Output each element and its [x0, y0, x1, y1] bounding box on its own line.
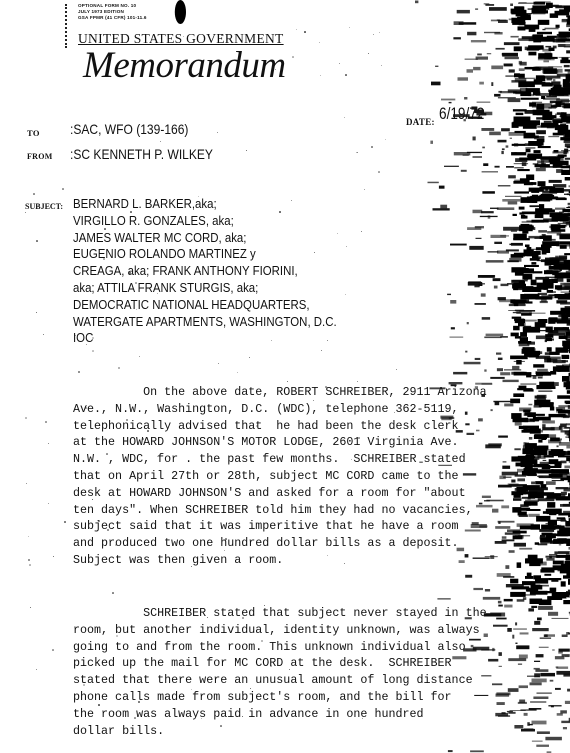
- subject-line: aka; ATTILA FRANK STURGIS, aka;: [73, 280, 337, 297]
- body-paragraph-1: On the above date, ROBERT SCHREIBER, 291…: [73, 384, 487, 569]
- body-line: dollar bills.: [73, 723, 487, 740]
- body-line: telephonically advised that he had been …: [73, 418, 487, 435]
- to-value: :SAC, WFO (139-166): [70, 121, 188, 137]
- body-line: that on April 27th or 28th, subject MC C…: [73, 468, 487, 485]
- date-value: 6/19/72: [439, 104, 484, 124]
- from-label: FROM: [27, 152, 53, 161]
- date-label: DATE:: [406, 117, 435, 127]
- body-line: subject said that it was imperitive that…: [73, 518, 487, 535]
- subject-line: EUGENIO ROLANDO MARTINEZ y: [73, 246, 337, 263]
- form-bracket: [65, 4, 73, 48]
- subject-line: VIRGILLO R. GONZALES, aka;: [73, 213, 337, 230]
- body-line: desk at HOWARD JOHNSON'S and asked for a…: [73, 485, 487, 502]
- body-line: and produced two one hundred dollar bill…: [73, 535, 487, 552]
- subject-lines: BERNARD L. BARKER,aka; VIRGILLO R. GONZA…: [73, 196, 337, 347]
- subject-line: DEMOCRATIC NATIONAL HEADQUARTERS,: [73, 297, 337, 314]
- subject-line: IOC: [73, 330, 337, 347]
- subject-line: CREAGA, aka; FRANK ANTHONY FIORINI,: [73, 263, 337, 280]
- body-line: picked up the mail for MC CORD at the de…: [73, 655, 487, 672]
- body-paragraph-2: SCHREIBER stated that subject never stay…: [73, 605, 487, 739]
- body-line: Ave., N.W., Washington, D.C. (WDC), tele…: [73, 401, 487, 418]
- memo-title: Memorandum: [83, 44, 286, 87]
- body-line: at the HOWARD JOHNSON'S MOTOR LODGE, 260…: [73, 434, 487, 451]
- body-line: Subject was then given a room.: [73, 552, 487, 569]
- to-label: TO: [27, 128, 40, 138]
- form-number-block: OPTIONAL FORM NO. 10 JULY 1973 EDITION G…: [78, 3, 147, 21]
- body-line: the room was always paid in advance in o…: [73, 706, 487, 723]
- memorandum-page: OPTIONAL FORM NO. 10 JULY 1973 EDITION G…: [0, 0, 570, 753]
- subject-line: WATERGATE APARTMENTS, WASHINGTON, D.C.: [73, 314, 337, 331]
- subject-line: BERNARD L. BARKER,aka;: [73, 196, 337, 213]
- subject-line: JAMES WALTER MC CORD, aka;: [73, 230, 337, 247]
- body-line: phone calls made from subject's room, an…: [73, 689, 487, 706]
- body-line: going to and from the room. This unknown…: [73, 639, 487, 656]
- body-line: room, but another individual, identity u…: [73, 622, 487, 639]
- body-line: SCHREIBER stated that subject never stay…: [73, 605, 487, 622]
- seal-mark: [172, 0, 186, 24]
- body-line: On the above date, ROBERT SCHREIBER, 291…: [73, 384, 487, 401]
- form-gsa-line: GSA FPMR (41 CFR) 101-11.6: [78, 15, 147, 21]
- body-line: ten days". When SCHREIBER told him they …: [73, 502, 487, 519]
- body-line: N.W. , WDC, for . the past few months. S…: [73, 451, 487, 468]
- subject-label: SUBJECT:: [25, 202, 63, 211]
- from-value: :SC KENNETH P. WILKEY: [70, 146, 213, 162]
- body-line: stated that there were an unusual amount…: [73, 672, 487, 689]
